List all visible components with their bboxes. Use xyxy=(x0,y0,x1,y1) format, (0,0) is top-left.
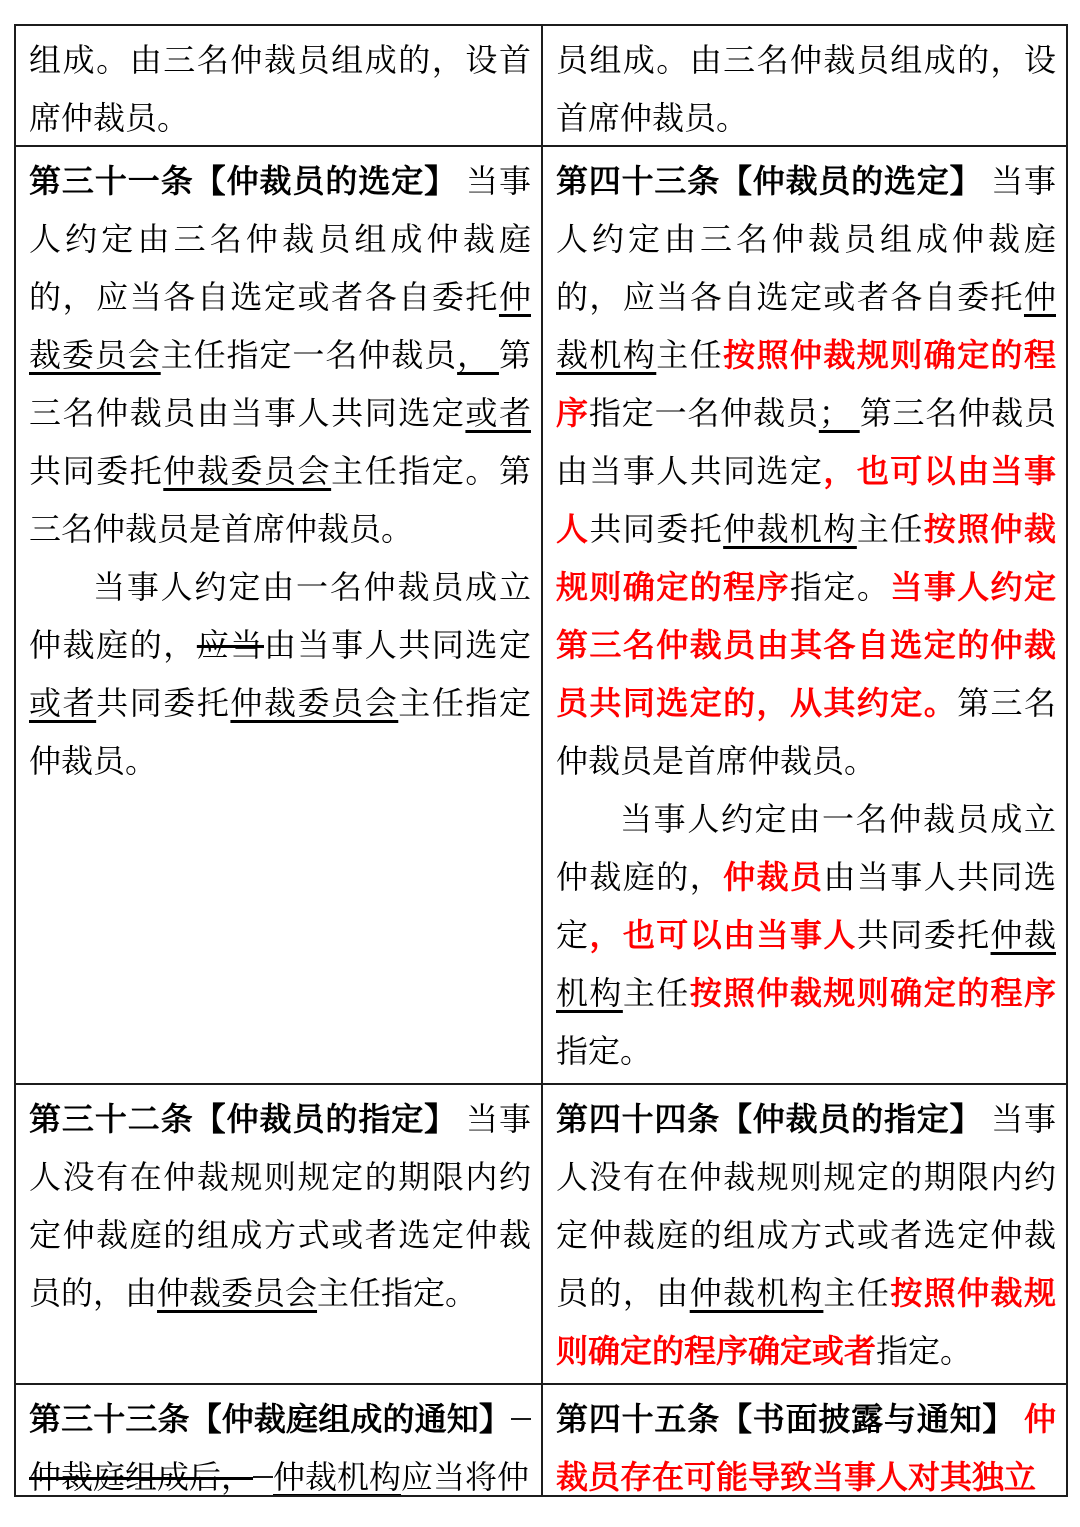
text-run: 主任 xyxy=(623,975,690,1011)
text-run: 应当将仲 xyxy=(401,1459,529,1495)
strikethrough-tail xyxy=(253,1476,273,1478)
article-heading-run: 第三十二条【仲裁员的指定】 xyxy=(29,1101,457,1137)
replaced-term-run: 仲裁委员会 xyxy=(163,453,331,489)
table-row-2: 第三十一条【仲裁员的选定】 当事人约定由三名仲裁员组成仲裁庭的，应当各自选定或者… xyxy=(15,146,1067,1084)
table-row-3: 第三十二条【仲裁员的指定】 当事人没有在仲裁规则规定的期限内约定仲裁庭的组成方式… xyxy=(15,1084,1067,1384)
inserted-text-run: 仲裁员 xyxy=(723,859,823,895)
revised-law-cell-row-2: 第四十三条【仲裁员的选定】 当事人约定由三名仲裁员组成仲裁庭的，应当各自选定或者… xyxy=(542,146,1067,1084)
text-run: 指定。 xyxy=(790,569,890,605)
table-row-4: 第三十三条【仲裁庭组成的通知】仲裁庭组成后，仲裁机构应当将仲第四十五条【书面披露… xyxy=(15,1384,1067,1496)
text-run: 主任 xyxy=(857,511,924,547)
replaced-term-run: ； xyxy=(819,395,860,431)
strikethrough-tail xyxy=(511,1418,531,1420)
cell-content: 组成。由三名仲裁员组成的，设首席仲裁员。 xyxy=(16,26,541,145)
inserted-text-run: ，也可以由当事人 xyxy=(589,917,856,953)
old-law-cell-row-1: 组成。由三名仲裁员组成的，设首席仲裁员。 xyxy=(15,25,542,146)
table-row-1: 组成。由三名仲裁员组成的，设首席仲裁员。员组成。由三名仲裁员组成的，设首席仲裁员… xyxy=(15,25,1067,146)
replaced-term-run: ， xyxy=(457,337,499,373)
paragraph: 员组成。由三名仲裁员组成的，设首席仲裁员。 xyxy=(556,31,1056,145)
replaced-term-run: 或者 xyxy=(465,395,531,431)
replaced-term-run: 仲裁委员会 xyxy=(230,685,398,721)
text-run: 组成。由三名仲裁员组成的，设首席仲裁员。 xyxy=(29,42,531,136)
cell-content: 第三十一条【仲裁员的选定】 当事人约定由三名仲裁员组成仲裁庭的，应当各自选定或者… xyxy=(16,147,541,1083)
article-heading-run: 第四十三条【仲裁员的选定】 xyxy=(556,163,982,199)
text-run: 共同委托 xyxy=(589,511,723,547)
deleted-text-run: 仲裁庭组成后， xyxy=(29,1459,253,1495)
paragraph: 第四十五条【书面披露与通知】 仲裁员存在可能导致当事人对其独立 xyxy=(556,1390,1056,1495)
cell-content: 第四十五条【书面披露与通知】 仲裁员存在可能导致当事人对其独立 xyxy=(543,1385,1066,1495)
paragraph: 组成。由三名仲裁员组成的，设首席仲裁员。 xyxy=(29,31,531,145)
old-law-cell-row-4: 第三十三条【仲裁庭组成的通知】仲裁庭组成后，仲裁机构应当将仲 xyxy=(15,1384,542,1496)
cell-content: 员组成。由三名仲裁员组成的，设首席仲裁员。 xyxy=(543,26,1066,145)
article-heading-run: 第四十五条【书面披露与通知】 xyxy=(556,1401,1015,1437)
text-run: 员组成。由三名仲裁员组成的，设首席仲裁员。 xyxy=(556,42,1056,136)
cell-content: 第四十三条【仲裁员的选定】 当事人约定由三名仲裁员组成仲裁庭的，应当各自选定或者… xyxy=(543,147,1066,1083)
paragraph: 第三十一条【仲裁员的选定】 当事人约定由三名仲裁员组成仲裁庭的，应当各自选定或者… xyxy=(29,152,531,558)
replaced-term-run: 仲裁委员会 xyxy=(157,1275,317,1311)
comparison-table-body: 组成。由三名仲裁员组成的，设首席仲裁员。员组成。由三名仲裁员组成的，设首席仲裁员… xyxy=(15,25,1067,1496)
text-run: 主任指定。 xyxy=(317,1275,477,1311)
paragraph: 第三十二条【仲裁员的指定】 当事人没有在仲裁规则规定的期限内约定仲裁庭的组成方式… xyxy=(29,1090,531,1322)
replaced-term-run: 或者 xyxy=(29,685,96,721)
text-run: 主任指定一名仲裁员 xyxy=(161,337,457,373)
revised-law-cell-row-3: 第四十四条【仲裁员的指定】 当事人没有在仲裁规则规定的期限内约定仲裁庭的组成方式… xyxy=(542,1084,1067,1384)
paragraph: 第四十三条【仲裁员的选定】 当事人约定由三名仲裁员组成仲裁庭的，应当各自选定或者… xyxy=(556,152,1056,790)
text-run: 主任 xyxy=(823,1275,890,1311)
text-run: 由当事人共同选定 xyxy=(264,627,531,663)
old-law-cell-row-2: 第三十一条【仲裁员的选定】 当事人约定由三名仲裁员组成仲裁庭的，应当各自选定或者… xyxy=(15,146,542,1084)
old-law-cell-row-3: 第三十二条【仲裁员的指定】 当事人没有在仲裁规则规定的期限内约定仲裁庭的组成方式… xyxy=(15,1084,542,1384)
paragraph-indented: 当事人约定由一名仲裁员成立仲裁庭的，应当由当事人共同选定或者共同委托仲裁委员会主… xyxy=(29,558,531,790)
revised-law-cell-row-1: 员组成。由三名仲裁员组成的，设首席仲裁员。 xyxy=(542,25,1067,146)
paragraph-indented: 当事人约定由一名仲裁员成立仲裁庭的，仲裁员由当事人共同选定，也可以由当事人共同委… xyxy=(556,790,1056,1080)
cell-content: 第三十三条【仲裁庭组成的通知】仲裁庭组成后，仲裁机构应当将仲 xyxy=(16,1385,541,1495)
text-run: 指定一名仲裁员 xyxy=(589,395,819,431)
text-run: 共同委托 xyxy=(857,917,991,953)
inserted-text-run: 按照仲裁规则确定的程序 xyxy=(690,975,1056,1011)
text-run: 指定。 xyxy=(556,1033,652,1069)
paragraph: 第三十三条【仲裁庭组成的通知】仲裁庭组成后，仲裁机构应当将仲 xyxy=(29,1390,531,1495)
text-run: 共同委托 xyxy=(29,453,163,489)
article-heading-run: 第三十一条【仲裁员的选定】 xyxy=(29,163,457,199)
text-run xyxy=(1015,1401,1024,1437)
text-run: 指定。 xyxy=(876,1333,972,1369)
article-heading-run: 第四十四条【仲裁员的指定】 xyxy=(556,1101,982,1137)
replaced-term-run: 仲裁机构 xyxy=(723,511,857,547)
cell-content: 第四十四条【仲裁员的指定】 当事人没有在仲裁规则规定的期限内约定仲裁庭的组成方式… xyxy=(543,1085,1066,1383)
revised-law-cell-row-4: 第四十五条【书面披露与通知】 仲裁员存在可能导致当事人对其独立 xyxy=(542,1384,1067,1496)
cell-content: 第三十二条【仲裁员的指定】 当事人没有在仲裁规则规定的期限内约定仲裁庭的组成方式… xyxy=(16,1085,541,1383)
replaced-term-run: 仲裁机构 xyxy=(690,1275,824,1311)
text-run: 共同委托 xyxy=(96,685,230,721)
text-run: 主任 xyxy=(656,337,723,373)
comparison-table: 组成。由三名仲裁员组成的，设首席仲裁员。员组成。由三名仲裁员组成的，设首席仲裁员… xyxy=(14,24,1068,1497)
replaced-term-run: 仲裁机构 xyxy=(273,1459,401,1495)
paragraph: 第四十四条【仲裁员的指定】 当事人没有在仲裁规则规定的期限内约定仲裁庭的组成方式… xyxy=(556,1090,1056,1380)
article-heading-run: 第三十三条【仲裁庭组成的通知】 xyxy=(29,1401,511,1437)
deleted-text-run: 应当 xyxy=(197,627,264,663)
